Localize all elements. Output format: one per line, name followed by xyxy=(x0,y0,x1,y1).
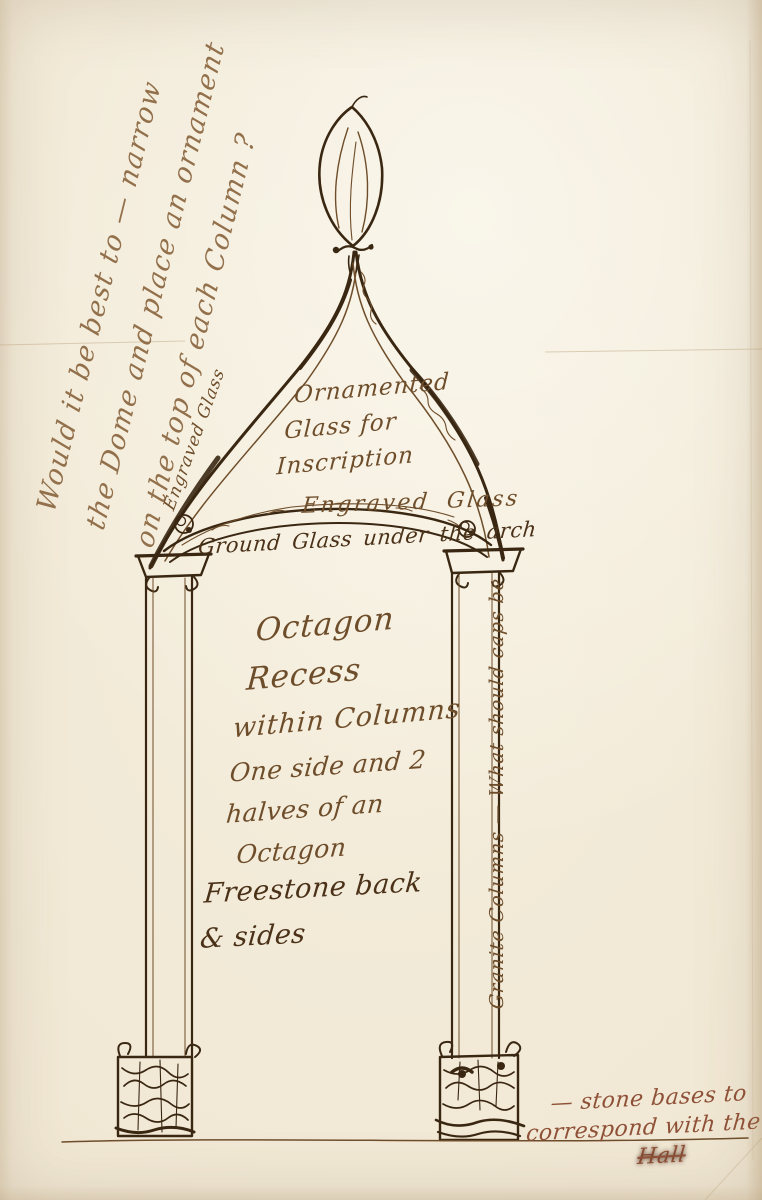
octagon-note: One side and 2 halves of an Octagon xyxy=(221,739,428,877)
recess-note: Octagon Recess within Columns xyxy=(247,588,469,752)
left-plinth xyxy=(116,1043,200,1136)
left-column xyxy=(136,554,211,1056)
stone-bases-note: — stone bases to correspond with the Hal… xyxy=(544,1078,762,1177)
dome-glass-label: Ornamented Glass for Inscription xyxy=(290,365,451,484)
right-plinth xyxy=(436,1042,524,1140)
freestone-note: Freestone back & sides xyxy=(198,860,424,962)
flame-finial xyxy=(319,96,382,272)
manuscript-page: Would it be best to — narrow the Dome an… xyxy=(0,0,762,1200)
granite-columns-note: Granite Columns — What should caps be xyxy=(486,577,508,1011)
